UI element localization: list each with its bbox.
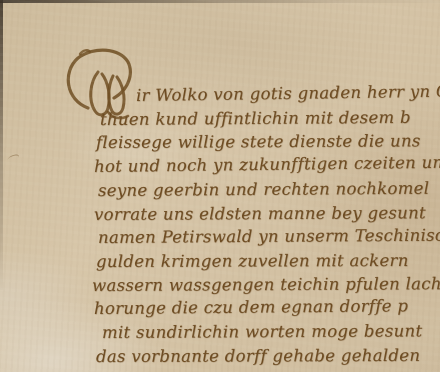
manuscript-line: horunge die czu dem egnan dorffe p (94, 294, 440, 321)
manuscript-line: mit sundirlichin worten moge besunt (102, 319, 440, 344)
manuscript-line: gulden krimgen zuvellen mit ackern (96, 249, 440, 274)
parchment-page: ir Wolko von gotis gnaden herr yn Gl thu… (0, 0, 440, 372)
manuscript-line: seyne geerbin und rechten nochkomel (98, 176, 440, 202)
manuscript-line: das vorbnante dorff gehabe gehalden (96, 344, 440, 369)
manuscript-line: hot und noch yn zukunfftigen czeiten un (94, 151, 440, 179)
manuscript-line: vorrate uns eldsten manne bey gesunt (94, 201, 440, 227)
manuscript-line: thuen kund uffintlichin mit desem b (100, 105, 440, 131)
photo-edge-top (0, 0, 440, 3)
margin-ink-mark (6, 153, 21, 164)
manuscript-text: ir Wolko von gotis gnaden herr yn Gl thu… (92, 84, 440, 368)
manuscript-line: ir Wolko von gotis gnaden herr yn Gl (136, 84, 440, 108)
photo-edge-left (0, 0, 3, 290)
manuscript-line: namen Petirswald yn unserm Teschinisch (98, 224, 440, 250)
